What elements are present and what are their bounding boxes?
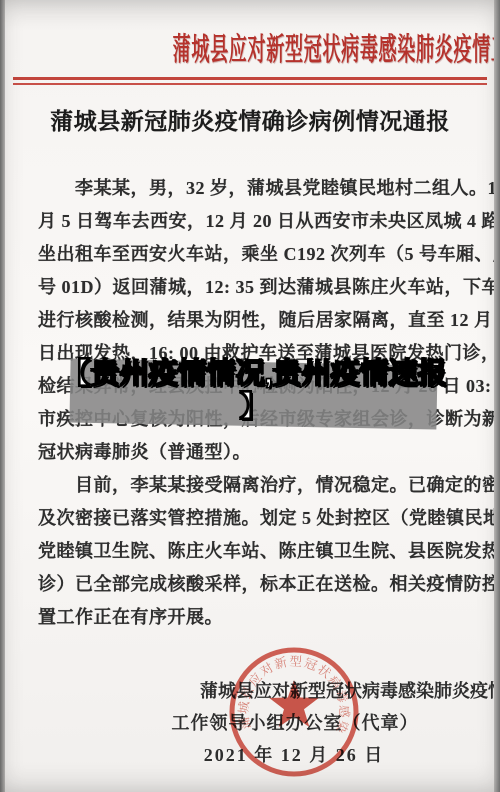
letterhead-text: 蒲城县应对新型冠状病毒感染肺炎疫情工作领导小组办公室: [173, 24, 500, 69]
letterhead-rule-bottom: [13, 83, 487, 85]
letterhead-banner: 蒲城县应对新型冠状病毒感染肺炎疫情工作领导小组办公室: [0, 24, 500, 69]
document-line: 号 01D）返回蒲城，12: 35 到达蒲城县陈庄火车站，下车后: [38, 271, 478, 304]
caption-line-1: 【贵州疫情情况,贵州疫情速报: [54, 358, 454, 391]
letterhead-rule-top: [13, 77, 487, 80]
document-line: 进行核酸检测，结果为阴性，随后居家隔离，直至 12 月 25: [38, 304, 478, 337]
document-line: 置工作正在有序开展。: [38, 601, 478, 634]
official-seal: 蒲城县应对新型冠状病毒感染肺炎疫情工作: [221, 639, 367, 785]
caption-overlay-text: 【贵州疫情情况,贵州疫情速报 】: [54, 358, 454, 424]
seal-star-icon: [269, 680, 318, 727]
photo-edge-right: [494, 0, 500, 792]
document-line: 目前，李某某接受隔离治疗，情况稳定。已确定的密接: [38, 469, 478, 502]
document-line: 诊）已全部完成核酸采样，标本正在送检。相关疫情防控处: [38, 568, 478, 601]
document-line: 及次密接已落实管控措施。划定 5 处封控区（党睦镇民地村、: [38, 502, 478, 535]
photo-edge-left: [0, 0, 5, 792]
document-line: 冠状病毒肺炎（普通型）。: [38, 436, 478, 469]
document-line: 月 5 日驾车去西安，12 月 20 日从西安市未央区凤城 4 路乘: [38, 205, 478, 238]
caption-line-2: 】: [54, 391, 454, 424]
document-line: 李某某，男，32 岁，蒲城县党睦镇民地村二组人。12: [38, 172, 478, 205]
document-title: 蒲城县新冠肺炎疫情确诊病例情况通报: [0, 103, 500, 136]
document-line: 党睦镇卫生院、陈庄火车站、陈庄镇卫生院、县医院发热门: [38, 535, 478, 568]
document-line: 坐出租车至西安火车站，乘坐 C192 次列车（5 号车厢、座位: [38, 238, 478, 271]
